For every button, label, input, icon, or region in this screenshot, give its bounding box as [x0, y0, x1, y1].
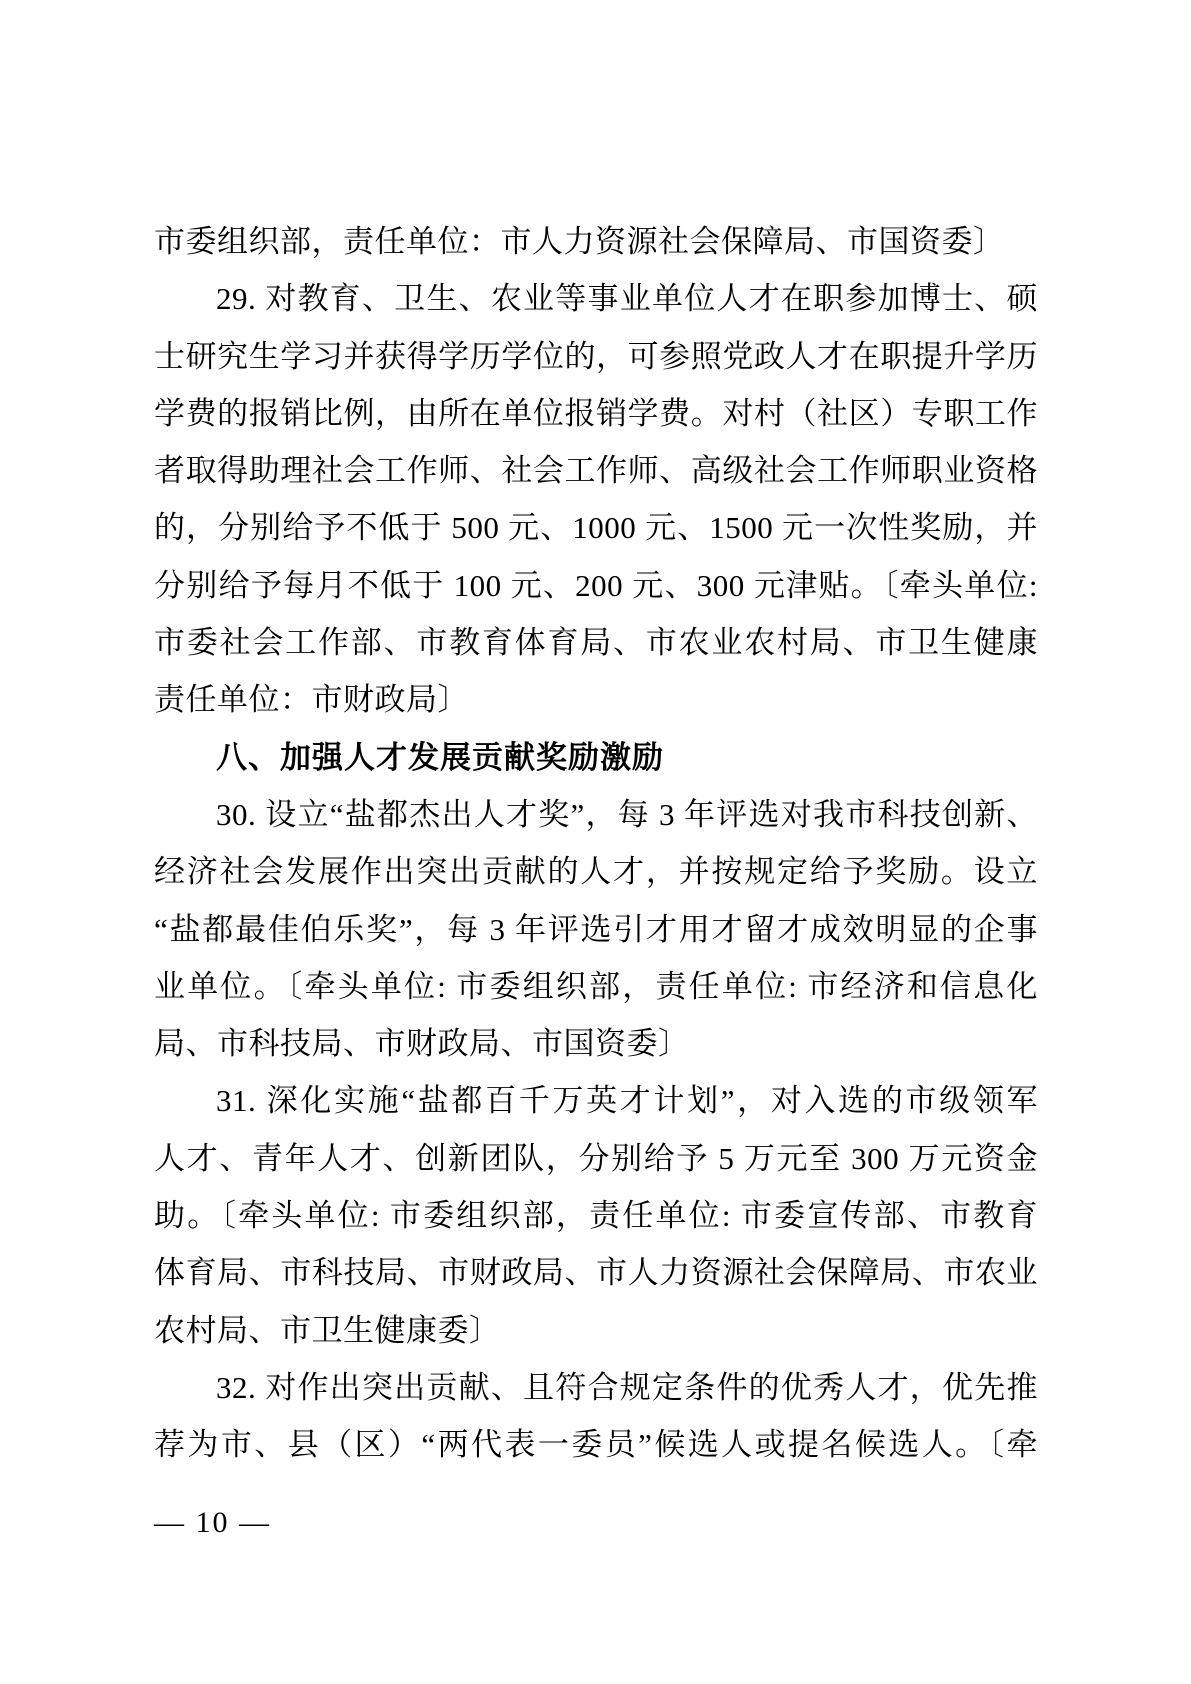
paragraph: 29. 对教育、卫生、农业等事业单位人才在职参加博士、硕士研究生学习并获得学历学…: [154, 270, 1038, 728]
paragraph: 市委组织部，责任单位：市人力资源社会保障局、市国资委〕: [154, 213, 1038, 270]
text-line: 荐为市、县（区）“两代表一委员”候选人或提名候选人。〔牵: [154, 1416, 1038, 1473]
text-line: “盐都最佳伯乐奖”，每 3 年评选引才用才留才成效明显的企事: [154, 901, 1038, 958]
heading-line: 八、加强人才发展贡献奖励激励: [154, 729, 1038, 786]
text-line: 业单位。〔牵头单位: 市委组织部，责任单位: 市经济和信息化: [154, 958, 1038, 1015]
text-line: 分别给予每月不低于 100 元、200 元、300 元津贴。〔牵头单位:: [154, 557, 1038, 614]
text-line: 市委组织部，责任单位：市人力资源社会保障局、市国资委〕: [154, 213, 1038, 270]
document-body: 市委组织部，责任单位：市人力资源社会保障局、市国资委〕29. 对教育、卫生、农业…: [154, 213, 1038, 1474]
text-line: 体育局、市科技局、市财政局、市人力资源社会保障局、市农业: [154, 1244, 1038, 1301]
text-line: 32. 对作出突出贡献、且符合规定条件的优秀人才，优先推: [154, 1359, 1038, 1416]
page-number: — 10 —: [154, 1502, 271, 1544]
paragraph: 31. 深化实施“盐都百千万英才计划”，对入选的市级领军人才、青年人才、创新团队…: [154, 1072, 1038, 1358]
text-line: 29. 对教育、卫生、农业等事业单位人才在职参加博士、硕: [154, 270, 1038, 327]
text-line: 助。〔牵头单位: 市委组织部，责任单位: 市委宣传部、市教育: [154, 1187, 1038, 1244]
text-line: 农村局、市卫生健康委〕: [154, 1302, 1038, 1359]
paragraph: 30. 设立“盐都杰出人才奖”，每 3 年评选对我市科技创新、经济社会发展作出突…: [154, 786, 1038, 1072]
text-line: 士研究生学习并获得学历学位的，可参照党政人才在职提升学历: [154, 328, 1038, 385]
text-line: 30. 设立“盐都杰出人才奖”，每 3 年评选对我市科技创新、: [154, 786, 1038, 843]
text-line: 31. 深化实施“盐都百千万英才计划”，对入选的市级领军: [154, 1072, 1038, 1129]
text-line: 者取得助理社会工作师、社会工作师、高级社会工作师职业资格: [154, 442, 1038, 499]
text-line: 市委社会工作部、市教育体育局、市农业农村局、市卫生健康委，: [154, 614, 1038, 671]
text-line: 学费的报销比例，由所在单位报销学费。对村（社区）专职工作: [154, 385, 1038, 442]
text-line: 的，分别给予不低于 500 元、1000 元、1500 元一次性奖励，并: [154, 499, 1038, 556]
text-line: 责任单位：市财政局〕: [154, 671, 1038, 728]
document-page: 市委组织部，责任单位：市人力资源社会保障局、市国资委〕29. 对教育、卫生、农业…: [0, 0, 1191, 1684]
text-line: 人才、青年人才、创新团队，分别给予 5 万元至 300 万元资金资: [154, 1130, 1038, 1187]
paragraph: 32. 对作出突出贡献、且符合规定条件的优秀人才，优先推荐为市、县（区）“两代表…: [154, 1359, 1038, 1474]
text-line: 经济社会发展作出突出贡献的人才，并按规定给予奖励。设立: [154, 843, 1038, 900]
text-line: 局、市科技局、市财政局、市国资委〕: [154, 1015, 1038, 1072]
section-heading: 八、加强人才发展贡献奖励激励: [154, 729, 1038, 786]
